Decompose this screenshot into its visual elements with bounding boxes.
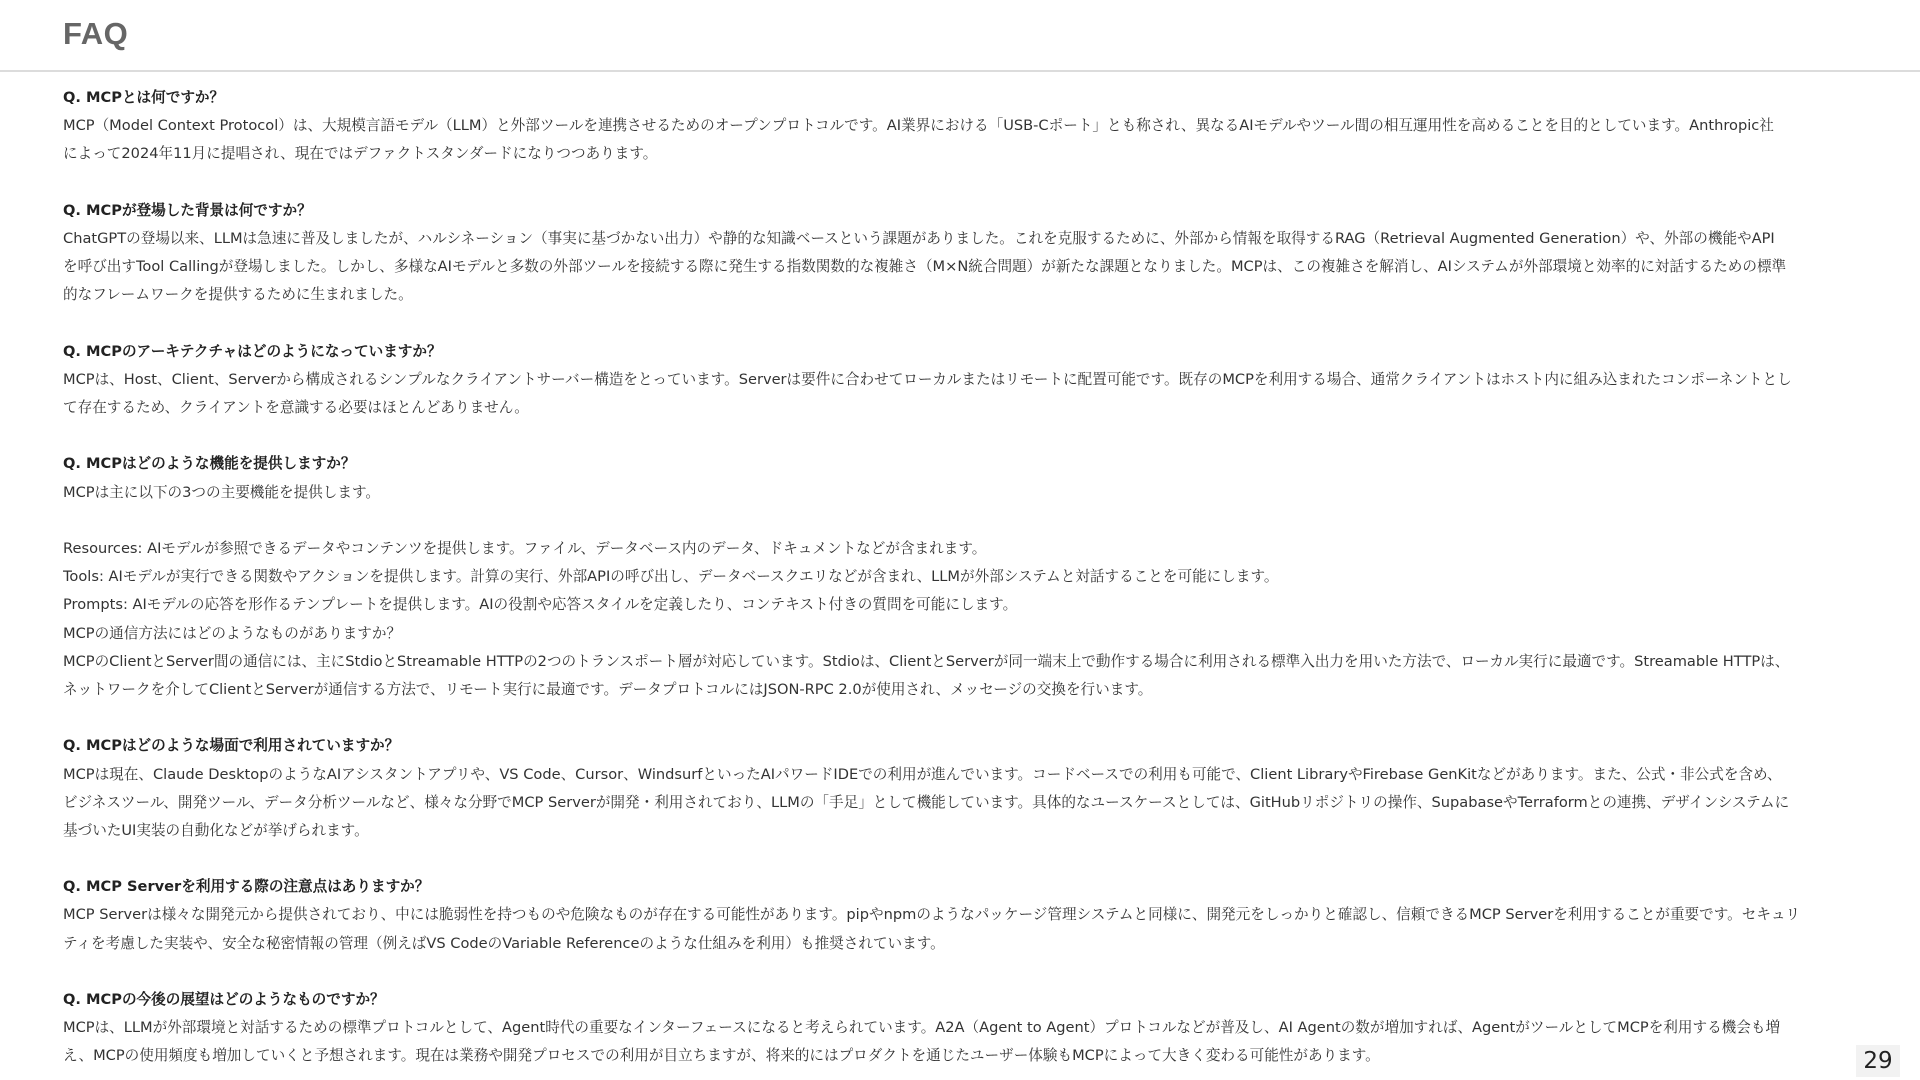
faq-answer-line: MCPのClientとServer間の通信には、主にStdioとStreamab… (63, 648, 1843, 676)
faq-answer-line: ChatGPTの登場以来、LLMは急速に普及しましたが、ハルシネーション（事実に… (63, 225, 1843, 253)
faq-item: Q. MCPはどのような場面で利用されていますか？ MCPは現在、Claude … (63, 732, 1843, 845)
faq-item: Q. MCPが登場した背景は何ですか？ ChatGPTの登場以来、LLMは急速に… (63, 197, 1843, 310)
faq-answer-line: MCPは、Host、Client、Serverから構成されるシンプルなクライアン… (63, 366, 1843, 394)
faq-answer-line: MCP Serverは様々な開発元から提供されており、中には脆弱性を持つものや危… (63, 901, 1843, 929)
faq-answer-line: て存在するため、クライアントを意識する必要はほとんどありません。 (63, 394, 1843, 422)
faq-answer-line: 的なフレームワークを提供するために生まれました。 (63, 281, 1843, 309)
feature-resources: Resources: AIモデルが参照できるデータやコンテンツを提供します。ファ… (63, 535, 1843, 563)
faq-answer-line: によって2024年11月に提唱され、現在ではデファクトスタンダードになりつつあり… (63, 140, 1843, 168)
spacer (63, 845, 1843, 873)
spacer (63, 507, 1843, 535)
spacer (63, 422, 1843, 450)
faq-question: Q. MCPとは何ですか？ (63, 84, 1843, 112)
faq-item: Q. MCPとは何ですか？ MCP（Model Context Protocol… (63, 84, 1843, 169)
faq-question: Q. MCPが登場した背景は何ですか？ (63, 197, 1843, 225)
page-title: FAQ (63, 16, 128, 52)
faq-answer-line: MCPは現在、Claude DesktopのようなAIアシスタントアプリや、VS… (63, 761, 1843, 789)
faq-question: Q. MCPの今後の展望はどのようなものですか？ (63, 986, 1843, 1014)
faq-question: Q. MCPはどのような機能を提供しますか？ (63, 450, 1843, 478)
faq-answer-line: ティを考慮した実装や、安全な秘密情報の管理（例えばVS CodeのVariabl… (63, 930, 1843, 958)
page-number: 29 (1856, 1045, 1900, 1077)
faq-item: Q. MCP Serverを利用する際の注意点はありますか？ MCP Serve… (63, 873, 1843, 958)
communication-question: MCPの通信方法にはどのようなものがありますか？ (63, 620, 1843, 648)
faq-content: Q. MCPとは何ですか？ MCP（Model Context Protocol… (63, 84, 1843, 1071)
faq-answer-line: ネットワークを介してClientとServerが通信する方法で、リモート実行に最… (63, 676, 1843, 704)
feature-prompts: Prompts: AIモデルの応答を形作るテンプレートを提供します。AIの役割や… (63, 591, 1843, 619)
faq-answer-line: ビジネスツール、開発ツール、データ分析ツールなど、様々な分野でMCP Serve… (63, 789, 1843, 817)
faq-item: Q. MCPのアーキテクチャはどのようになっていますか？ MCPは、Host、C… (63, 338, 1843, 423)
faq-item: Q. MCPはどのような機能を提供しますか？ MCPは主に以下の3つの主要機能を… (63, 450, 1843, 704)
spacer (63, 169, 1843, 197)
spacer (63, 310, 1843, 338)
faq-question: Q. MCPのアーキテクチャはどのようになっていますか？ (63, 338, 1843, 366)
faq-answer-line: MCPは主に以下の3つの主要機能を提供します。 (63, 479, 1843, 507)
faq-question: Q. MCP Serverを利用する際の注意点はありますか？ (63, 873, 1843, 901)
spacer (63, 958, 1843, 986)
faq-item: Q. MCPの今後の展望はどのようなものですか？ MCPは、LLMが外部環境と対… (63, 986, 1843, 1071)
faq-answer-line: え、MCPの使用頻度も増加していくと予想されます。現在は業務や開発プロセスでの利… (63, 1042, 1843, 1070)
slide-header: FAQ (0, 0, 1920, 72)
faq-answer-line: MCPは、LLMが外部環境と対話するための標準プロトコルとして、Agent時代の… (63, 1014, 1843, 1042)
faq-answer-line: を呼び出すTool Callingが登場しました。しかし、多様なAIモデルと多数… (63, 253, 1843, 281)
faq-question: Q. MCPはどのような場面で利用されていますか？ (63, 732, 1843, 760)
faq-answer-line: MCP（Model Context Protocol）は、大規模言語モデル（LL… (63, 112, 1843, 140)
faq-answer-line: 基づいたUI実装の自動化などが挙げられます。 (63, 817, 1843, 845)
feature-tools: Tools: AIモデルが実行できる関数やアクションを提供します。計算の実行、外… (63, 563, 1843, 591)
spacer (63, 704, 1843, 732)
